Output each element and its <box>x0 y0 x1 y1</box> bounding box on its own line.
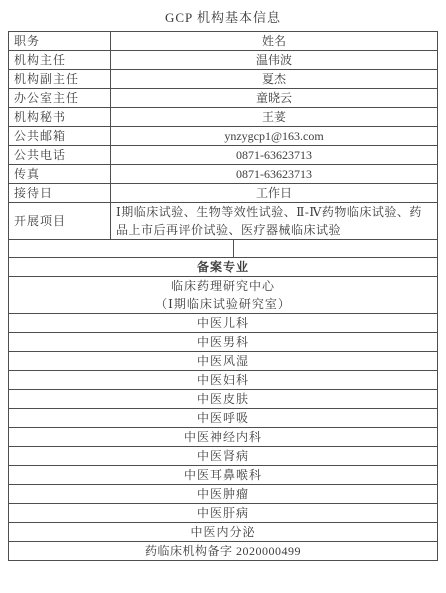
table-row-specialty: 中医神经内科 <box>9 428 438 447</box>
info-label: 办公室主任 <box>9 89 111 108</box>
info-label: 公共邮箱 <box>9 127 111 146</box>
specialty-item: 临床药理研究中心 （Ⅰ期临床试验研究室） <box>9 277 438 314</box>
specialty-item: 中医耳鼻喉科 <box>9 466 438 485</box>
info-value-email: ynzygcp1@163.com <box>111 127 438 146</box>
specialty-item: 中医妇科 <box>9 371 438 390</box>
registration-number: 药临床机构备字 2020000499 <box>9 542 438 561</box>
info-value: 夏杰 <box>111 70 438 89</box>
table-row-specialty: 中医妇科 <box>9 371 438 390</box>
info-label: 传真 <box>9 165 111 184</box>
table-row: 机构秘书 王荽 <box>9 108 438 127</box>
specialty-item: 中医神经内科 <box>9 428 438 447</box>
specialty-item: 中医肝病 <box>9 504 438 523</box>
table-row-specialty: 中医耳鼻喉科 <box>9 466 438 485</box>
specialty-item: 中医肿瘤 <box>9 485 438 504</box>
table-row-specialty: 中医肿瘤 <box>9 485 438 504</box>
empty-cell-left <box>9 240 234 258</box>
specialty-item: 中医男科 <box>9 333 438 352</box>
document-page: GCP 机构基本信息 职务 姓名 机构主任 温伟波 机构副主任 夏杰 办公室主任… <box>0 0 446 593</box>
table-row-specialty: 中医呼吸 <box>9 409 438 428</box>
info-label: 机构副主任 <box>9 70 111 89</box>
info-value-projects: Ⅰ期临床试验、生物等效性试验、Ⅱ-Ⅳ药物临床试验、药品上市后再评价试验、医疗器械… <box>111 203 438 240</box>
table-row-specialty: 中医男科 <box>9 333 438 352</box>
specialty-item: 中医儿科 <box>9 314 438 333</box>
table-row-specialty: 中医内分泌 <box>9 523 438 542</box>
section-title-row: 备案专业 <box>9 258 438 277</box>
table-row-specialty: 中医皮肤 <box>9 390 438 409</box>
info-label: 开展项目 <box>9 203 111 240</box>
gcp-info-table: 职务 姓名 机构主任 温伟波 机构副主任 夏杰 办公室主任 童晓云 机构秘书 王… <box>8 31 438 561</box>
table-row-projects: 开展项目 Ⅰ期临床试验、生物等效性试验、Ⅱ-Ⅳ药物临床试验、药品上市后再评价试验… <box>9 203 438 240</box>
info-label: 公共电话 <box>9 146 111 165</box>
empty-cell-right <box>234 240 438 258</box>
table-row: 办公室主任 童晓云 <box>9 89 438 108</box>
info-value: 童晓云 <box>111 89 438 108</box>
page-title: GCP 机构基本信息 <box>0 0 446 28</box>
table-row-specialty: 中医儿科 <box>9 314 438 333</box>
info-value-phone: 0871-63623713 <box>111 146 438 165</box>
info-value: 王荽 <box>111 108 438 127</box>
specialty-item: 中医皮肤 <box>9 390 438 409</box>
info-label: 接待日 <box>9 184 111 203</box>
header-cell-name: 姓名 <box>111 32 438 51</box>
specialty-item: 中医呼吸 <box>9 409 438 428</box>
table-row-specialty: 临床药理研究中心 （Ⅰ期临床试验研究室） <box>9 277 438 314</box>
table-header-row: 职务 姓名 <box>9 32 438 51</box>
header-cell-position: 职务 <box>9 32 111 51</box>
info-label: 机构秘书 <box>9 108 111 127</box>
specialty-item: 中医风湿 <box>9 352 438 371</box>
specialty-item: 中医内分泌 <box>9 523 438 542</box>
info-value-fax: 0871-63623713 <box>111 165 438 184</box>
table-row: 公共邮箱 ynzygcp1@163.com <box>9 127 438 146</box>
specialty-item: 中医肾病 <box>9 447 438 466</box>
registration-row: 药临床机构备字 2020000499 <box>9 542 438 561</box>
table-row-specialty: 中医肝病 <box>9 504 438 523</box>
info-label: 机构主任 <box>9 51 111 70</box>
section-title: 备案专业 <box>9 258 438 277</box>
table-row-specialty: 中医肾病 <box>9 447 438 466</box>
table-row-specialty: 中医风湿 <box>9 352 438 371</box>
table-row: 传真 0871-63623713 <box>9 165 438 184</box>
table-row: 机构主任 温伟波 <box>9 51 438 70</box>
table-row: 机构副主任 夏杰 <box>9 70 438 89</box>
table-row: 公共电话 0871-63623713 <box>9 146 438 165</box>
info-value: 温伟波 <box>111 51 438 70</box>
info-value: 工作日 <box>111 184 438 203</box>
table-row: 接待日 工作日 <box>9 184 438 203</box>
empty-row <box>9 240 438 258</box>
